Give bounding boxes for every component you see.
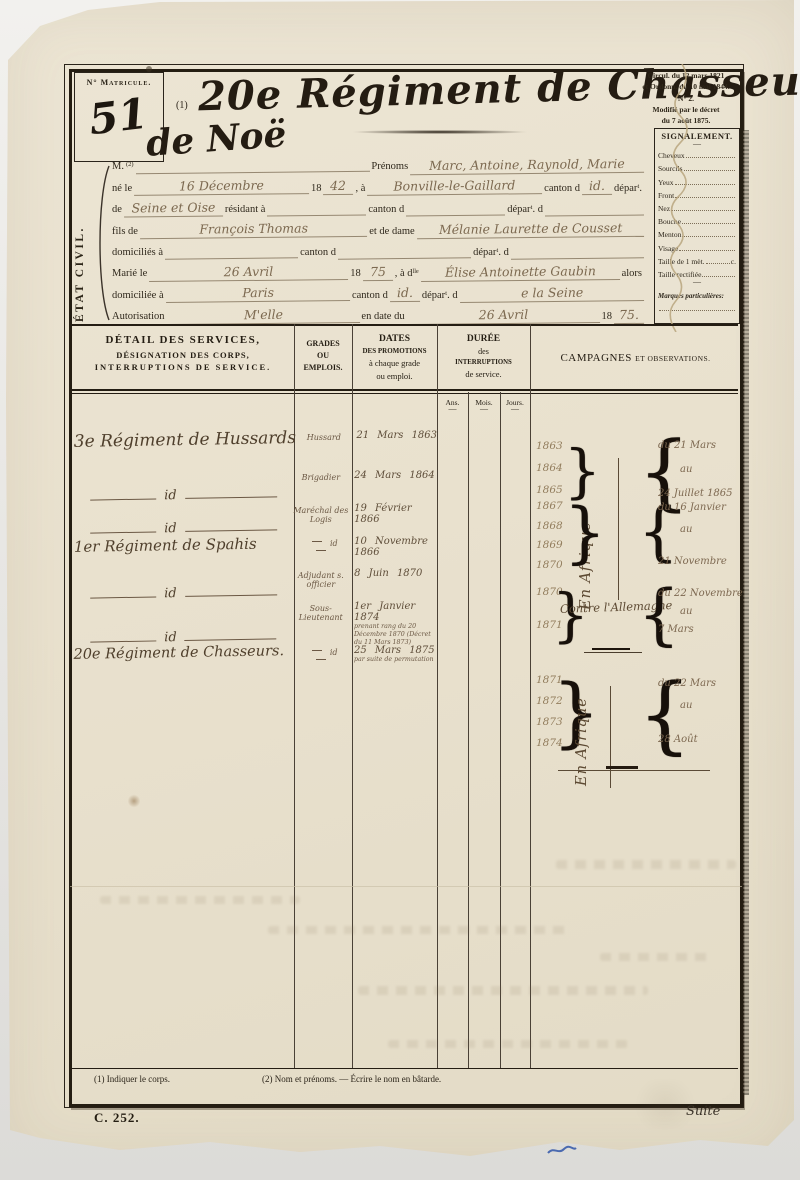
subheader-ans: Ans.— [437,398,468,411]
printed-label: canton d [366,204,406,216]
signalement-item-label: Visage [658,244,678,253]
decree-reference-block: Circul. du 12 mars 1821 et Ordonn. du 10… [630,70,742,126]
signalement-item-row: Sourcils [658,160,736,173]
printed-label: déparᵗ. d [420,290,460,302]
subheader-dash: — [437,407,468,411]
signalement-item-row: Nez [658,200,736,213]
handwritten-value: Bonville-le-Gaillard [367,179,542,195]
printed-label: alors [620,268,644,280]
header-line: de service. [437,368,530,381]
table-header-rule-thin [70,393,738,394]
campaign-year: 1870 [536,559,563,579]
signalement-item-label: Menton [658,230,681,239]
handwritten-value: Paris [166,286,350,302]
promotion-note: prenant rang du 20 Décembre 1870 (Décret… [354,623,440,647]
table-row: 1er Régiment de Spahisid10 Novembre 1866 [70,536,440,568]
etat-civil-line-2: né le16 Décembre1842, àBonville-le-Gaill… [110,173,644,194]
printed-label: , à dˡˡᵉ [393,268,421,280]
decree-line: N° 2. [630,93,742,104]
printed-label: déparᵗ. d [505,204,545,216]
handwritten-dash [185,529,277,532]
handwritten-dash [185,638,277,641]
header-line: DÉSIGNATION DES CORPS, [74,349,292,362]
printed-label: Autorisation [110,311,167,323]
fill-in-line [659,310,735,311]
fill-in-line [706,263,730,264]
signalement-item-row: Yeux [658,173,736,186]
fill-in-line [675,184,736,185]
decree-line: du 7 août 1875. [630,115,742,126]
campaign-period-line: au [658,606,743,624]
handwritten-dash [312,541,322,542]
closing-underline [558,770,710,771]
handwritten-value: 42 [323,180,353,195]
decree-line: et Ordonn. du 10 mai 1844. [630,81,742,92]
table-row: 20e Régiment de Chasseurs.id25 Mars 1875… [70,645,440,717]
printed-label: fils de [110,226,140,238]
signalement-item-label: Front [658,191,674,200]
subheader-jours: Jours.— [500,398,530,411]
etat-civil-line-1: M.(2)PrénomsMarc, Antoine, Raynold, Mari… [110,152,644,173]
campaign-period-line: du 22 Mars [658,678,716,700]
promotion-date-cell: 8 Juin 1870 [349,568,440,601]
corps-id: id [164,630,177,645]
header-campagnes-main: CAMPAGNES [560,352,631,364]
service-record-rows: 3e Régiment de HussardsHussard21 Mars 18… [70,424,440,717]
header-line: ou emploi. [352,370,437,383]
printed-label: Prénoms [369,161,410,173]
fill-in-line [686,157,735,158]
promotion-date-cell: 21 Mars 1863 [351,430,440,470]
fill-in-line [671,210,735,211]
printed-label: de [110,204,124,216]
campaign-years: 186318641865 [536,440,563,506]
printed-label: et de dame [367,226,416,238]
table-row: idBrigadier24 Mars 1864 [70,470,440,503]
handwritten-value: Seine et Oise [124,201,223,217]
handwritten-value: 16 Décembre [134,179,309,195]
fill-in-line [682,223,735,224]
etat-civil-line-8: AutorisationM'elleen date du26 Avril1875… [110,302,644,323]
grade-id: id [330,648,338,657]
signalement-item-row: Bouche [658,213,736,226]
corps-id: id [164,586,177,601]
signalement-item-label: Nez [658,204,670,213]
handwritten-dash [312,650,322,651]
campaign-year: 1869 [536,539,563,559]
signalement-item-label: Bouche [658,217,681,226]
etat-civil-form-lines: M.(2)PrénomsMarc, Antoine, Raynold, Mari… [110,152,644,323]
grade-cell: Sous-Lieutenant [292,601,349,645]
signalement-item-row: Visage [658,239,736,252]
printed-label: en date du [359,311,406,323]
header-campagnes: CAMPAGNES ET OBSERVATIONS. [530,352,741,364]
corps-id: id [164,488,177,503]
fill-in-line [675,197,735,198]
subheader-dash: — [500,407,530,411]
signalement-items: CheveuxSourcilsYeuxFrontNezBoucheMentonV… [658,147,736,253]
table-header-rule [70,389,738,391]
footnote-1: (1) Indiquer le corps. [94,1074,170,1084]
theater-flourish-stroke [610,686,611,788]
fill-in-line [679,250,735,251]
header-grades: GRADES OU EMPLOIS. [294,338,352,374]
handwritten-value: Mélanie Laurette de Cousset [417,222,644,239]
campaign-period-line: 28 Août [658,734,716,756]
header-detail-des-services: DÉTAIL DES SERVICES, DÉSIGNATION DES COR… [74,332,292,374]
horizontal-crease [70,886,742,887]
theater-flourish-stroke [618,458,619,600]
handwritten-dash [185,594,277,597]
marques-blank-row [658,300,736,313]
grade-cell: id [293,536,350,568]
etat-civil-line-5: domiciliés àcanton ddéparᵗ. d [110,238,644,259]
handwritten-value: e la Seine [460,286,644,302]
handwritten-value: 75. [614,308,644,323]
campaign-period: du 22 Novembreau7 Mars [658,588,743,642]
header-line: DES PROMOTIONS [352,346,437,357]
group-divider-thick [592,648,630,650]
handwritten-value: 26 Avril [407,308,600,325]
printed-label: canton d [542,183,582,195]
signalement-item-label: Yeux [658,178,674,187]
campaign-period-line: au [658,524,727,546]
campaign-year: 1867 [536,500,563,520]
printed-label: résidant à [223,204,268,216]
bleed-through-smudge [600,953,710,961]
taille-label: Taille de 1 mèt. [658,257,705,266]
header-line: EMPLOIS. [294,362,352,374]
signalement-item-label: Sourcils [658,164,683,173]
printed-label: canton d [350,290,390,302]
printed-label: Marié le [110,268,149,280]
etat-civil-line-4: fils deFrançois Thomaset de dameMélanie … [110,216,644,237]
header-duree-interruptions: DURÉE des INTERRUPTIONS de service. [437,332,530,381]
campaigns-column: 186318641865}En Afrique{du 21 Marsau24 J… [530,424,742,1070]
header-dates-promotions: DATES DES PROMOTIONS à chaque grade ou e… [352,332,437,382]
promotion-date: 8 Juin 1870 [354,568,440,579]
grade-cell: Maréchal des Logis [293,503,350,536]
handwritten-value: Élise Antoinette Gaubin [421,265,620,282]
campaign-period-line: du 16 Janvier [658,502,727,524]
handwritten-dash [316,550,326,551]
table-row: idMaréchal des Logis19 Février 1866 [70,503,440,536]
printed-label: déparᵗ. [612,183,644,195]
signalement-item-row: Cheveux [658,147,736,160]
fill-in-line [702,276,735,277]
etat-civil-line-7: domiciliée àPariscanton did.déparᵗ. de l… [110,280,644,301]
campaign-period-line: du 21 Mars [658,440,733,464]
printed-label: , à [353,183,367,195]
handwritten-value: M'elle [166,308,359,325]
bleed-through-smudge [358,986,648,995]
handwritten-value: 26 Avril [149,265,348,282]
promotion-date-cell: 25 Mars 1875par suite de permutation [349,645,440,717]
corps-cell: id [70,501,293,538]
bleed-through-smudge [556,860,736,869]
grade-cell: Adjudant s. officier [293,568,350,601]
promotion-note: par suite de permutation [354,656,440,664]
etat-civil-line-6: Marié le26 Avril1875, à dˡˡᵉÉlise Antoin… [110,259,644,280]
handwritten-value: 75 [363,266,393,281]
handwritten-dash [316,659,326,660]
header-line: GRADES [294,338,352,350]
printed-label: domiciliée à [110,290,166,302]
ink-stain [128,794,140,808]
table-row: idAdjudant s. officier8 Juin 1870 [70,568,440,601]
scan-edge-shadow [743,130,749,1095]
etat-civil-line-3: deSeine et Oiserésidant àcanton ddéparᵗ.… [110,195,644,216]
promotion-date-cell: 19 Février 1866 [349,503,440,536]
etat-civil-section-label: ÉTAT CIVIL. [74,182,86,322]
bleed-through-smudge [100,896,300,904]
closing-underline-bold [606,766,638,769]
header-line: à chaque grade [352,357,437,370]
printed-superscript: (2) [126,161,136,168]
subcolumn-rule [500,392,501,1068]
signalement-item-label: Cheveux [658,151,685,160]
signalement-divider: — [658,279,736,285]
header-line: DURÉE [437,332,530,346]
signalement-box: SIGNALEMENT. — CheveuxSourcilsYeuxFrontN… [654,128,740,324]
grade-id: id [330,539,338,548]
handwritten-value: Marc, Antoine, Raynold, Marie [410,158,644,175]
title-flourish [318,129,562,135]
campaign-period-line: au [658,700,716,722]
subheader-dash: — [468,407,500,411]
scanned-military-record-page: N° Matricule. 51 (1) 20e Régiment de Cha… [0,0,800,1180]
header-line: des [437,346,530,358]
printed-label: déparᵗ. d [471,247,511,259]
header-line: OU [294,350,352,362]
grade-cell: Brigadier [293,470,350,503]
header-line: INTERRUPTIONS DE SERVICE. [74,361,292,374]
promotion-date-cell: 1er Janvier 1874prenant rang du 20 Décem… [349,601,440,645]
matricule-label: N° Matricule. [75,73,163,87]
campaign-period-line: du 22 Novembre [658,588,743,606]
promotion-date: 21 Mars 1863 [356,430,440,441]
printed-label: domiciliés à [110,247,165,259]
bleed-through-smudge [388,1040,628,1048]
table-row: 3e Régiment de HussardsHussard21 Mars 18… [70,424,440,470]
promotion-date-cell: 10 Novembre 1866 [349,536,440,568]
printed-label: 18 [309,183,324,195]
printed-label: 18 [600,311,615,323]
bleed-through-smudge [268,926,568,934]
handwritten-dash [90,596,156,598]
corps-cell: 3e Régiment de Hussards [70,428,297,472]
corps-cell: id [70,566,293,603]
fill-in-line [684,170,735,171]
handwritten-dash [185,496,277,499]
campaign-period-line: au [658,464,733,488]
taille-suffix: c. [731,257,736,266]
corps-cell: id [70,599,293,647]
form-number: C. 252. [94,1110,140,1126]
table-row: idSous-Lieutenant1er Janvier 1874prenant… [70,601,440,645]
campaign-period-line: 7 Mars [658,624,743,642]
handwritten-value: id. [582,180,612,195]
fill-in-line [682,236,735,237]
corps-cell: id [70,468,293,505]
ink-speck [146,66,152,72]
decree-line: Modifié par le décret [630,104,742,115]
promotion-date: 19 Février 1866 [354,503,440,525]
campaign-year: 1868 [536,520,563,540]
campaign-year: 1864 [536,462,563,484]
handwritten-dash [90,531,156,533]
header-line: INTERRUPTIONS [437,358,530,368]
handwritten-value: François Thomas [140,222,367,239]
years-brace: } [564,500,606,566]
pencil-smudge [630,1080,700,1130]
promotion-date: 25 Mars 1875 [354,645,440,656]
blue-pen-mark [546,1144,578,1158]
signalement-item-row: Menton [658,226,736,239]
printed-label: M. [110,161,126,173]
corps-cell: 20e Régiment de Chasseurs. [69,643,293,719]
promotion-date: 24 Mars 1864 [354,470,440,481]
footnote-2: (2) Nom et prénoms. — Écrire le nom en b… [262,1074,441,1084]
table-top-rule [70,324,738,326]
corps-footnote-marker: (1) [176,100,188,111]
subcolumn-rule [468,392,469,1068]
grade-cell: id [292,645,349,717]
header-line: DÉTAIL DES SERVICES, [74,332,292,349]
signalement-taille-row: Taille de 1 mèt. c. [658,253,736,266]
marques-label: Marques particulières: [658,292,736,300]
header-line: DATES [352,332,437,346]
campaign-years: 1867186818691870 [536,500,563,578]
promotion-date: 1er Janvier 1874 [354,601,440,623]
signalement-item-row: Front [658,187,736,200]
campaign-period-line: 21 Novembre [658,556,727,578]
promotion-date: 10 Novembre 1866 [354,536,440,558]
campaign-year: 1863 [536,440,563,462]
printed-label: canton d [298,247,338,259]
corps-id: id [164,521,177,536]
campaign-period: du 22 Marsau28 Août [658,678,716,756]
handwritten-value: id. [390,287,420,302]
printed-label: 18 [348,268,363,280]
printed-label: né le [110,183,134,195]
handwritten-dash [90,498,156,500]
header-campagnes-sub: ET OBSERVATIONS. [635,354,710,363]
campaign-period: du 16 Janvierau21 Novembre [658,502,727,578]
decree-line: Circul. du 12 mars 1821 [630,70,742,81]
promotion-date-cell: 24 Mars 1864 [349,470,440,503]
group-divider-thin [584,652,642,653]
corps-cell: 1er Régiment de Spahis [70,534,293,570]
subheader-mois: Mois.— [468,398,500,411]
handwritten-dash [90,640,156,642]
grade-cell: Hussard [296,430,351,470]
